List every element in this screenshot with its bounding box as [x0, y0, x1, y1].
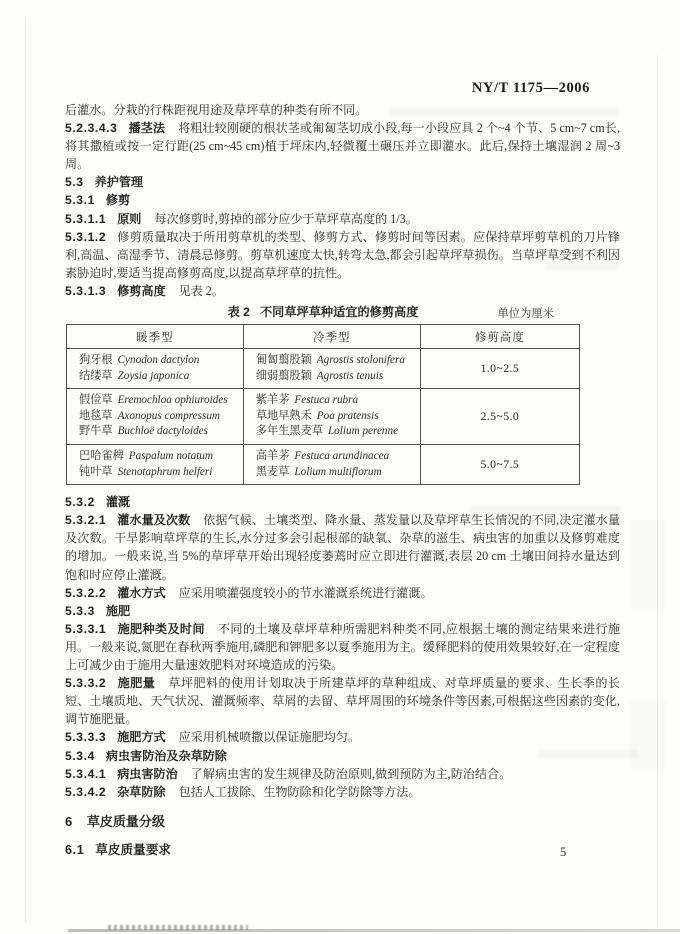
- clause-paragraph: 5.3.3.1施肥种类及时间不同的土壤及草坪草种所需肥料种类不同,应根据土壤的测…: [65, 620, 620, 674]
- table-cell-cool-season: 匍匐翦股颖Agrostis stolonifera细弱翦股颖Agrostis t…: [243, 349, 420, 389]
- clause-paragraph: 5.2.3.4.3播茎法将粗壮较刚硬的根状茎或匍匐茎切成小段,每一小段应具 2 …: [65, 119, 620, 173]
- species-name-latin: Cynodon dactylon: [118, 354, 200, 366]
- clause-text: 后灌水。分栽的行株距视用途及草坪草的种类有所不同。: [65, 103, 367, 117]
- clause-number: 5.3.3.1: [65, 622, 106, 636]
- clause-number: 5.3.2: [65, 495, 95, 509]
- species-line: 假俭草Eremochloa ophiuroides: [79, 393, 231, 409]
- table-header: 暖季型冷季型修剪高度: [67, 325, 580, 349]
- clause-text: 应采用机械喷撒以保证施肥均匀。: [179, 730, 360, 744]
- table-cell-mowing-height: 1.0~2.5: [420, 349, 579, 389]
- bleed-through-artifact: [470, 506, 620, 514]
- clause-number: 5.3.3: [65, 604, 95, 618]
- clause-number: 5.3.4.2: [65, 785, 106, 799]
- clause-number: 5.3.1.2: [65, 230, 106, 244]
- clause-number: 6.1: [65, 843, 84, 857]
- species-name-cn: 匍匐翦股颖: [256, 354, 312, 366]
- section-heading: 6草皮质量分级: [65, 813, 620, 831]
- clause-title: 修剪: [106, 193, 130, 207]
- clause-title: 病虫害防治: [117, 767, 177, 781]
- species-name-cn: 钝叶草: [79, 466, 113, 478]
- species-line: 巴哈雀稗Paspalum notatum: [79, 449, 231, 465]
- table-cell-warm-season: 巴哈雀稗Paspalum notatum钝叶草Stenotaphrum helf…: [67, 445, 244, 485]
- table-caption-label: 表 2: [228, 305, 250, 319]
- bleed-through-artifact: [545, 262, 619, 270]
- page-right-edge-artifact: [657, 55, 658, 927]
- bleed-through-artifact: [390, 108, 618, 116]
- section-heading: 5.3.4病虫害防治及杂草防除: [65, 747, 620, 765]
- clause-title: 病虫害防治及杂草防除: [106, 749, 227, 763]
- table-column-header: 暖季型: [67, 325, 244, 349]
- species-line: 高羊茅Festuca arundinacea: [256, 449, 408, 465]
- table-cell-warm-season: 狗牙根Cynodon dactylon结缕草Zoysia japonica: [67, 349, 244, 389]
- species-name-cn: 黑麦草: [256, 466, 290, 478]
- species-name-cn: 细弱翦股颖: [256, 370, 312, 382]
- clause-title: 草皮质量要求: [95, 843, 171, 857]
- species-name-latin: Festuca rubra: [294, 394, 358, 406]
- mowing-height-table: 暖季型冷季型修剪高度狗牙根Cynodon dactylon结缕草Zoysia j…: [66, 324, 580, 485]
- species-name-latin: Paspalum notatum: [129, 450, 213, 462]
- bleed-through-artifact: [555, 622, 623, 630]
- clause-title: 草皮质量分级: [87, 814, 165, 829]
- clause-number: 5.3.1.3: [65, 284, 106, 298]
- clause-title: 原则: [117, 212, 141, 226]
- species-name-latin: Eremochloa ophiuroides: [118, 394, 228, 406]
- clause-title: 养护管理: [95, 175, 143, 189]
- species-line: 钝叶草Stenotaphrum helferi: [79, 465, 231, 481]
- species-name-cn: 结缕草: [79, 370, 113, 382]
- clause-paragraph: 5.3.1.1原则每次修剪时,剪掉的部分应少于草坪草高度的 1/3。: [65, 210, 620, 228]
- table-row: 假俭草Eremochloa ophiuroides地毯草Axonopus com…: [67, 389, 580, 445]
- table-cell-mowing-height: 5.0~7.5: [420, 445, 579, 485]
- species-name-cn: 多年生黑麦草: [256, 425, 323, 437]
- species-name-cn: 地毯草: [79, 410, 113, 422]
- species-name-latin: Festuca arundinacea: [294, 450, 389, 462]
- page-left-edge-artifact: [25, 18, 26, 923]
- species-name-latin: Zoysia japonica: [118, 370, 190, 382]
- bleed-through-artifact: [630, 700, 666, 770]
- species-name-cn: 野牛草: [79, 425, 113, 437]
- clause-title: 施肥方式: [117, 730, 165, 744]
- species-name-cn: 狗牙根: [79, 354, 113, 366]
- species-line: 黑麦草Lolium multiflorum: [256, 465, 408, 481]
- clause-paragraph: 5.3.4.1病虫害防治了解病虫害的发生规律及防治原则,做到预防为主,防治结合。: [65, 765, 620, 783]
- table-caption-title: 不同草坪草种适宜的修剪高度: [260, 305, 418, 319]
- table-column-header: 修剪高度: [420, 325, 579, 349]
- clause-title: 修剪高度: [117, 284, 165, 298]
- clause-title: 灌水量及次数: [117, 513, 190, 527]
- species-line: 多年生黑麦草Lolium perenne: [256, 424, 408, 440]
- species-line: 野牛草Buchloë dactyloides: [79, 424, 231, 440]
- species-name-latin: Agrostis stolonifera: [317, 354, 405, 366]
- species-name-cn: 草地早熟禾: [256, 410, 312, 422]
- standard-number: NY/T 1175—2006: [472, 80, 590, 97]
- table-row: 巴哈雀稗Paspalum notatum钝叶草Stenotaphrum helf…: [67, 445, 580, 485]
- clause-text: 修剪质量取决于所用剪草机的类型、修剪方式、修剪时间等因素。应保持草坪剪草机的刀片…: [65, 230, 620, 280]
- document-content: 后灌水。分栽的行株距视用途及草坪草的种类有所不同。5.2.3.4.3播茎法将粗壮…: [65, 101, 620, 859]
- clause-number: 5.3: [65, 175, 84, 189]
- table-caption-row: 表 2不同草坪草种适宜的修剪高度单位为厘米: [66, 304, 580, 320]
- clause-number: 5.3.3.3: [65, 730, 106, 744]
- clause-title: 杂草防除: [117, 785, 165, 799]
- clause-text: 每次修剪时,剪掉的部分应少于草坪草高度的 1/3。: [154, 212, 417, 226]
- bleed-through-artifact: [630, 520, 666, 610]
- species-name-cn: 假俭草: [79, 394, 113, 406]
- clause-number: 5.3.4.1: [65, 767, 106, 781]
- table-header-row: 暖季型冷季型修剪高度: [67, 325, 580, 349]
- species-name-cn: 高羊茅: [256, 450, 290, 462]
- species-name-cn: 巴哈雀稗: [79, 450, 124, 462]
- clause-text: 见表 2。: [179, 284, 224, 298]
- clause-number: 5.2.3.4.3: [65, 121, 117, 135]
- section-heading: 5.3.3施肥: [65, 602, 620, 620]
- table-cell-warm-season: 假俭草Eremochloa ophiuroides地毯草Axonopus com…: [67, 389, 244, 445]
- species-name-latin: Stenotaphrum helferi: [118, 466, 213, 478]
- species-name-latin: Axonopus compressum: [118, 410, 220, 422]
- section-heading: 5.3养护管理: [65, 173, 620, 191]
- table-cell-cool-season: 紫羊茅Festuca rubra草地早熟禾Poa pratensis多年生黑麦草…: [243, 389, 420, 445]
- clause-paragraph: 5.3.1.2修剪质量取决于所用剪草机的类型、修剪方式、修剪时间等因素。应保持草…: [65, 228, 620, 282]
- species-name-latin: Buchloë dactyloides: [118, 425, 208, 437]
- section-heading: 6.1草皮质量要求: [65, 841, 620, 859]
- clause-number: 5.3.1.1: [65, 212, 106, 226]
- clause-number: 5.3.2.2: [65, 586, 106, 600]
- clause-number: 5.3.4: [65, 749, 95, 763]
- clause-number: 5.3.1: [65, 193, 95, 207]
- document-page: NY/T 1175—2006 后灌水。分栽的行株距视用途及草坪草的种类有所不同。…: [0, 0, 680, 934]
- clause-paragraph: 5.3.3.3施肥方式应采用机械喷撒以保证施肥均匀。: [65, 728, 620, 746]
- clause-text: 了解病虫害的发生规律及防治原则,做到预防为主,防治结合。: [191, 767, 512, 781]
- species-name-latin: Lolium perenne: [328, 425, 398, 437]
- mowing-height-table-block: 表 2不同草坪草种适宜的修剪高度单位为厘米暖季型冷季型修剪高度狗牙根Cynodo…: [66, 304, 580, 485]
- page-number: 5: [560, 845, 566, 860]
- table-body: 狗牙根Cynodon dactylon结缕草Zoysia japonica匍匐翦…: [67, 349, 580, 485]
- species-line: 细弱翦股颖Agrostis tenuis: [256, 369, 408, 385]
- footer-smudge-artifact: [108, 925, 248, 930]
- species-name-latin: Agrostis tenuis: [317, 370, 383, 382]
- species-line: 狗牙根Cynodon dactylon: [79, 353, 231, 369]
- species-line: 地毯草Axonopus compressum: [79, 409, 231, 425]
- species-name-cn: 紫羊茅: [256, 394, 290, 406]
- clause-title: 灌溉: [106, 495, 130, 509]
- table-cell-mowing-height: 2.5~5.0: [420, 389, 579, 445]
- clause-paragraph: 5.3.2.2灌水方式应采用喷灌强度较小的节水灌溉系统进行灌溉。: [65, 584, 620, 602]
- clause-title: 施肥种类及时间: [117, 622, 205, 636]
- clause-title: 灌水方式: [117, 586, 165, 600]
- clause-paragraph: 5.3.2.1灌水量及次数依据气候、土壤类型、降水量、蒸发量以及草坪草生长情况的…: [65, 511, 620, 583]
- clause-number: 6: [65, 814, 73, 829]
- species-name-latin: Lolium multiflorum: [294, 466, 381, 478]
- species-name-latin: Poa pratensis: [317, 410, 379, 422]
- clause-number: 5.3.3.2: [65, 676, 106, 690]
- clause-paragraph: 5.3.3.2施肥量草坪肥料的使用计划取决于所建草坪的草种组成、对草坪质量的要求…: [65, 674, 620, 728]
- clause-title: 施肥: [106, 604, 130, 618]
- clause-title: 施肥量: [117, 676, 155, 690]
- clause-title: 播茎法: [128, 121, 165, 135]
- table-row: 狗牙根Cynodon dactylon结缕草Zoysia japonica匍匐翦…: [67, 349, 580, 389]
- clause-paragraph: 5.3.4.2杂草防除包括人工拔除、生物防除和化学防除等方法。: [65, 783, 620, 801]
- table-unit-note: 单位为厘米: [498, 306, 555, 322]
- table-column-header: 冷季型: [243, 325, 420, 349]
- species-line: 结缕草Zoysia japonica: [79, 369, 231, 385]
- species-line: 匍匐翦股颖Agrostis stolonifera: [256, 353, 408, 369]
- table-cell-cool-season: 高羊茅Festuca arundinacea黑麦草Lolium multiflo…: [243, 445, 420, 485]
- species-line: 草地早熟禾Poa pratensis: [256, 409, 408, 425]
- clause-number: 5.3.2.1: [65, 513, 106, 527]
- clause-text: 包括人工拔除、生物防除和化学防除等方法。: [179, 785, 421, 799]
- species-line: 紫羊茅Festuca rubra: [256, 393, 408, 409]
- clause-paragraph: 5.3.1.3修剪高度见表 2。: [65, 282, 620, 300]
- clause-text: 应采用喷灌强度较小的节水灌溉系统进行灌溉。: [179, 586, 433, 600]
- bleed-through-artifact: [538, 750, 638, 758]
- section-heading: 5.3.1修剪: [65, 191, 620, 209]
